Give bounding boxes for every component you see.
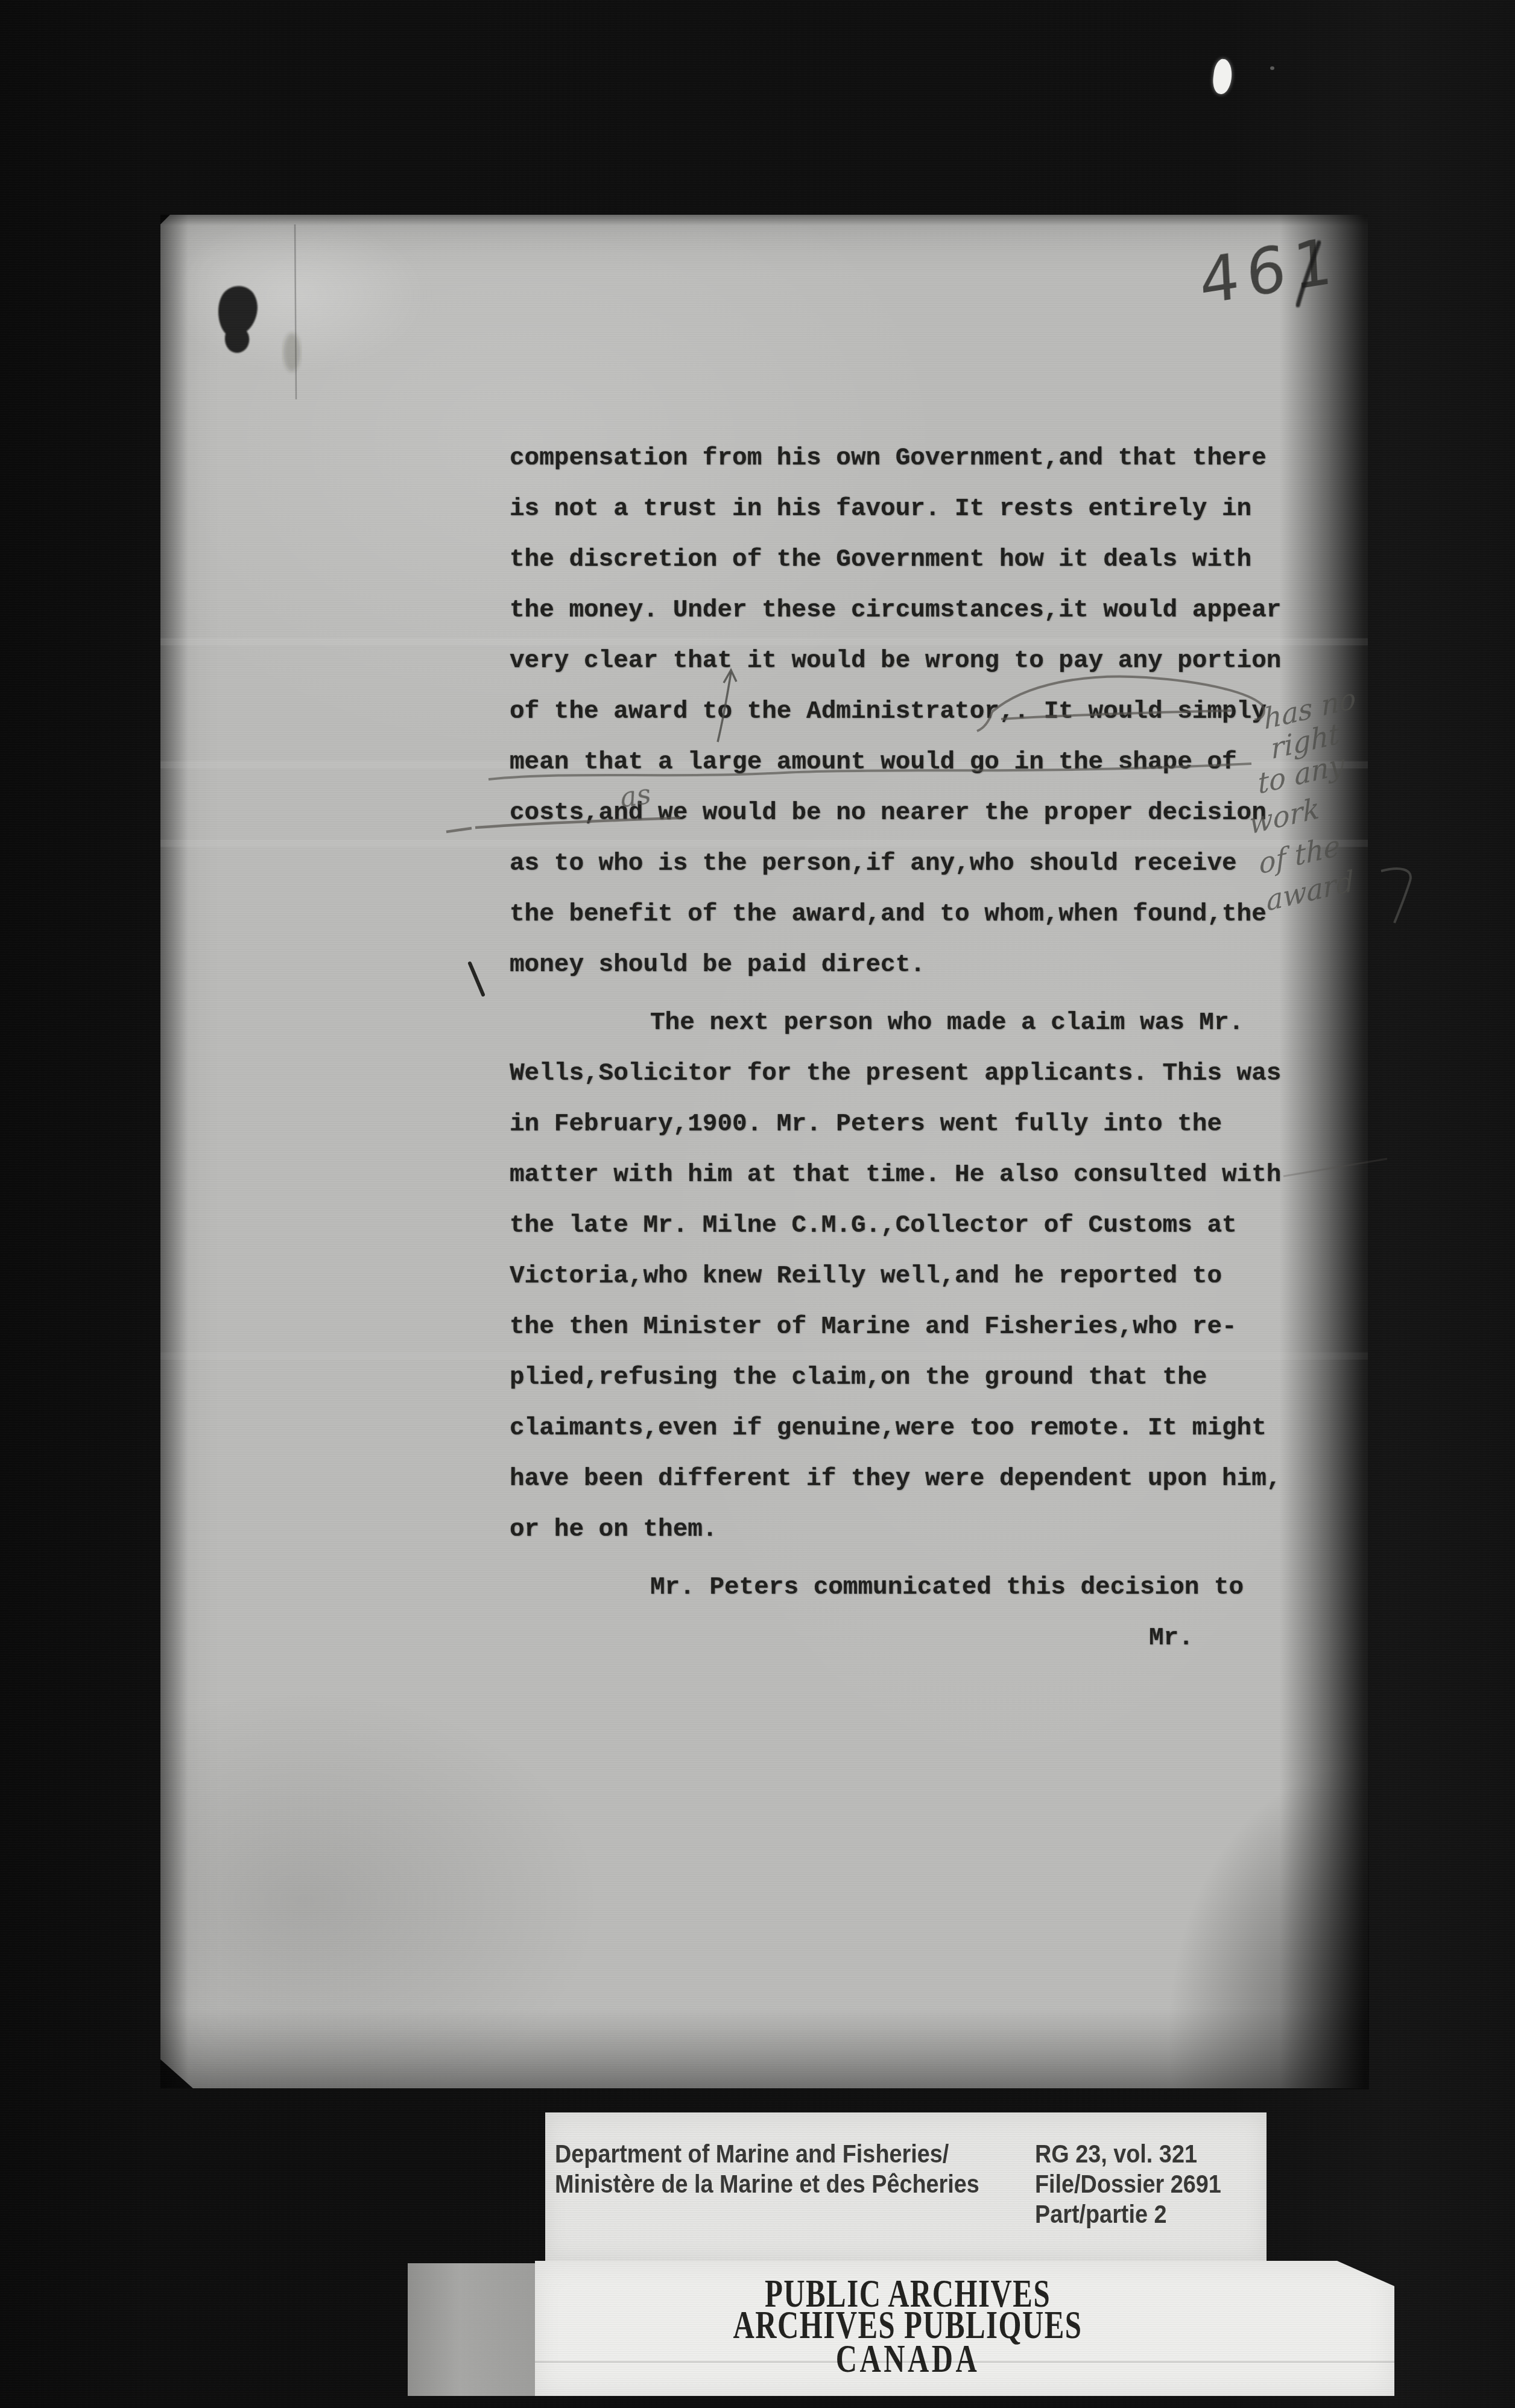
pencil-loop	[977, 676, 1264, 731]
archival-reference-label: Department of Marine and Fisheries/ Mini…	[545, 2112, 1267, 2261]
strike-line-7	[489, 764, 1251, 779]
paper-smudge	[283, 333, 300, 372]
microfilm-frame: compensation from his own Government,and…	[0, 0, 1515, 2408]
label-title-fr: Ministère de la Marine et des Pêcheries	[555, 2172, 979, 2197]
strike-costs-and	[446, 818, 680, 832]
label-reference-line: RG 23, vol. 321	[1035, 2141, 1197, 2167]
faint-pencil-line	[1283, 1159, 1387, 1176]
paper-crease	[295, 224, 296, 399]
label-reference-line: File/Dossier 2691	[1035, 2172, 1221, 2197]
public-archives-stamp: PUBLIC ARCHIVESARCHIVES PUBLIQUESCANADA	[535, 2261, 1394, 2396]
label-reference-line: Part/partie 2	[1035, 2202, 1167, 2227]
ink-tick	[470, 963, 483, 995]
film-tab	[408, 2263, 537, 2396]
film-fleck-dot	[1270, 66, 1274, 70]
label-title-en: Department of Marine and Fisheries/	[555, 2141, 949, 2167]
insertion-arrow	[718, 670, 736, 742]
pencil-marks-overlay	[0, 0, 1515, 2408]
ink-blob	[218, 286, 258, 353]
strike-it-would-simply	[1001, 711, 1232, 719]
margin-note-bracket	[1381, 869, 1411, 923]
stamp-line: CANADA	[836, 2339, 979, 2379]
film-scratch	[1298, 242, 1319, 305]
